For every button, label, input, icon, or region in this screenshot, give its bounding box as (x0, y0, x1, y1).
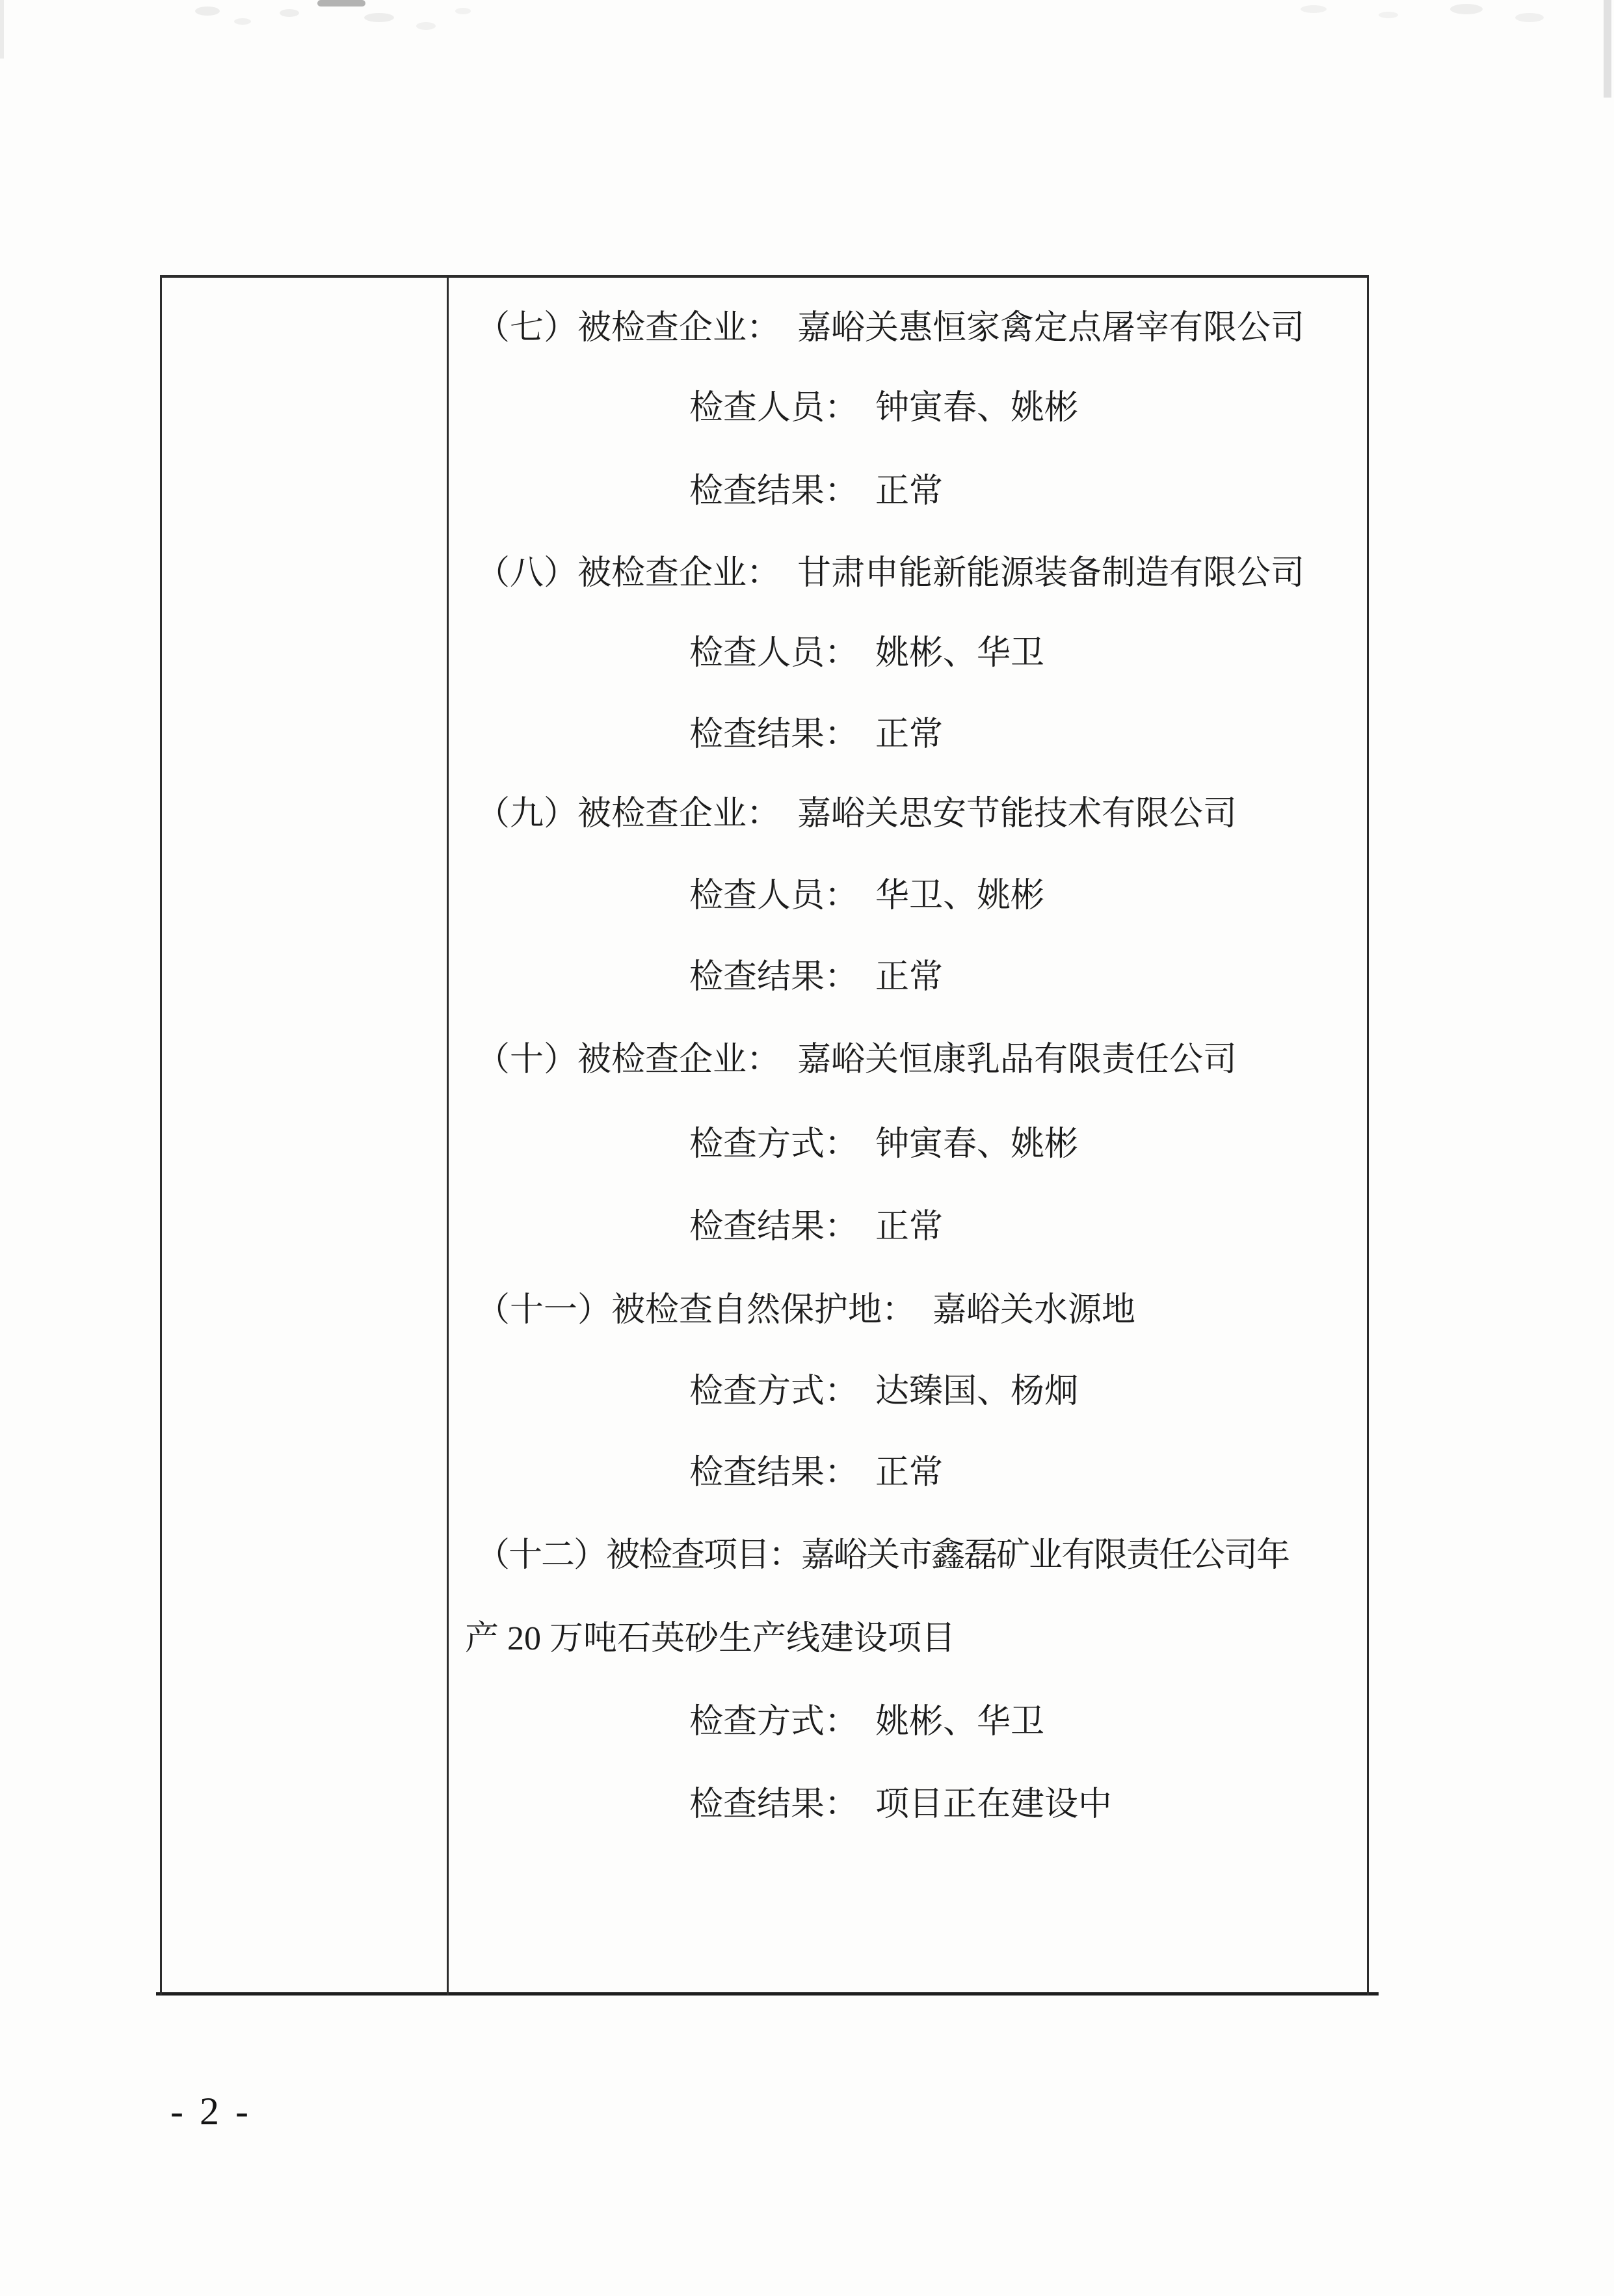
scan-speck (1301, 5, 1327, 13)
scan-edge-strip (0, 0, 4, 59)
scan-speck (455, 8, 471, 14)
entry-heading-line: （七）被检查企业： 嘉峪关惠恒家禽定点屠宰有限公司 (476, 310, 1304, 347)
page-number: - 2 - (170, 2089, 252, 2134)
entry-detail-line: 检查结果： 项目正在建设中 (689, 1786, 1112, 1824)
scan-speck (195, 7, 220, 16)
scan-speck (1450, 4, 1483, 14)
entry-detail-line: 检查人员： 钟寅春、姚彬 (689, 390, 1078, 427)
table-left-column-cell (162, 278, 447, 1992)
scan-speck (234, 18, 251, 25)
entry-detail-line: 检查结果： 正常 (689, 959, 943, 996)
entry-detail-line: 检查结果： 正常 (689, 1454, 943, 1492)
scan-speck (1379, 12, 1398, 18)
entry-heading-line: （九）被检查企业： 嘉峪关思安节能技术有限公司 (476, 795, 1237, 833)
scan-edge-strip (1604, 0, 1611, 98)
entry-detail-line: 检查方式： 姚彬、华卫 (689, 1703, 1044, 1741)
entry-wrap-line: 产 20 万吨石英砂生产线建设项目 (465, 1620, 955, 1658)
scan-speck (280, 9, 299, 17)
entry-detail-line: 检查方式： 钟寅春、姚彬 (689, 1126, 1078, 1164)
table-border-bottom (156, 1992, 1379, 1996)
scan-smudge-bar (317, 0, 365, 7)
entry-heading-line: （八）被检查企业： 甘肃申能新能源装备制造有限公司 (476, 555, 1304, 593)
entry-detail-line: 检查结果： 正常 (689, 716, 943, 754)
entry-heading-line: （十）被检查企业： 嘉峪关恒康乳品有限责任公司 (476, 1041, 1237, 1079)
entry-detail-line: 检查人员： 姚彬、华卫 (689, 635, 1044, 673)
entry-heading-line: （十一）被检查自然保护地： 嘉峪关水源地 (476, 1292, 1135, 1329)
table-border-right (1367, 275, 1369, 1995)
entry-heading-line: （十二）被检查项目：嘉峪关市鑫磊矿业有限责任公司年 (476, 1537, 1289, 1575)
entry-detail-line: 检查结果： 正常 (689, 1208, 943, 1246)
scan-speck (1515, 13, 1544, 22)
entry-detail-line: 检查人员： 华卫、姚彬 (689, 877, 1044, 915)
document-page: （七）被检查企业： 嘉峪关惠恒家禽定点屠宰有限公司 检查人员： 钟寅春、姚彬 检… (0, 0, 1614, 2296)
scan-speck (364, 13, 394, 22)
scan-speck (416, 22, 436, 30)
entry-detail-line: 检查结果： 正常 (689, 473, 943, 511)
entry-detail-line: 检查方式： 达臻国、杨炯 (689, 1373, 1078, 1411)
